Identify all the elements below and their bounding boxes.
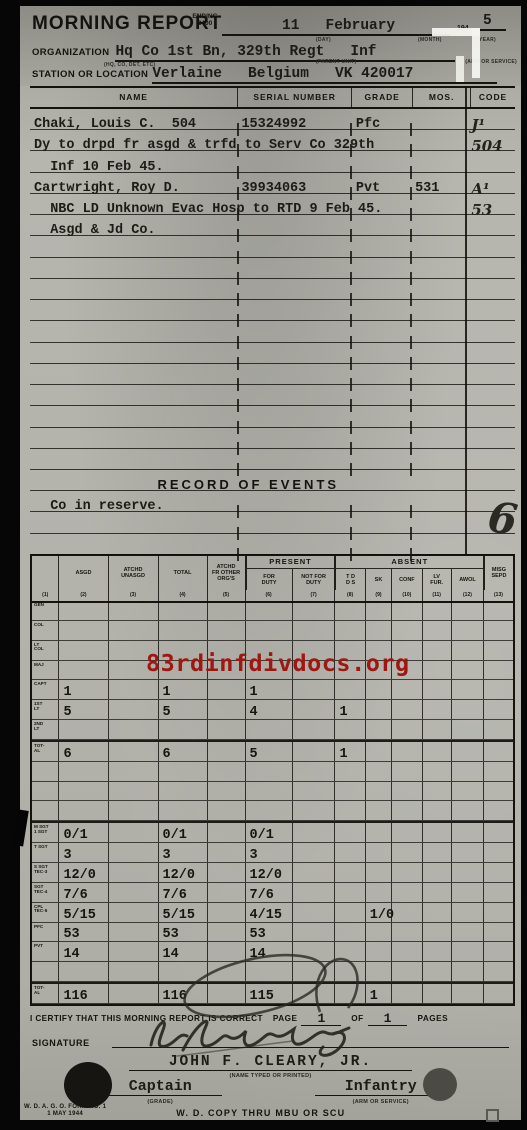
grade-label-cell: PVT — [32, 942, 58, 961]
roster-row — [30, 512, 515, 533]
value-cell — [451, 843, 483, 862]
value-cell — [365, 601, 391, 620]
value-cell — [391, 923, 421, 942]
value-cell — [451, 962, 483, 981]
strength-value: 14 — [250, 947, 266, 962]
officer-grade: Captain — [99, 1076, 222, 1096]
value-cell — [365, 742, 391, 761]
strength-value: 3 — [63, 848, 71, 863]
value-cell — [207, 700, 245, 719]
value-cell — [158, 801, 207, 820]
value-cell — [245, 801, 292, 820]
grade-label-cell: M SGT 1 SGT — [32, 823, 58, 842]
value-cell — [334, 984, 364, 1003]
value-cell — [334, 601, 364, 620]
value-cell — [108, 883, 158, 902]
value-cell — [334, 942, 364, 961]
value-cell — [391, 883, 421, 902]
value-cell — [207, 762, 245, 781]
value-cell — [292, 621, 335, 640]
value-cell — [292, 984, 335, 1003]
value-cell — [334, 782, 364, 801]
value-cell — [422, 801, 451, 820]
mos-cell: 531 — [415, 181, 439, 196]
value-cell — [334, 621, 364, 640]
value-cell — [292, 700, 335, 719]
grade-label-cell: CAPT — [32, 680, 58, 699]
value-cell — [207, 903, 245, 922]
strength-value: 4/15 — [250, 908, 282, 923]
value-cell — [365, 782, 391, 801]
value-cell — [451, 984, 483, 1003]
strength-table: ASGD ATCHD UNASGD TOTAL ATCHD FR OTHER O… — [30, 554, 515, 1006]
strength-value: 12/0 — [250, 868, 282, 883]
value-cell — [422, 962, 451, 981]
station-value: Verlaine Belgium VK 420017 — [152, 66, 497, 84]
signature-line — [112, 1047, 509, 1048]
value-cell — [292, 641, 335, 660]
grade-label-cell: CPL TEC-5 — [32, 903, 58, 922]
strength-row: 1ST LT5541 — [32, 700, 513, 720]
value-cell — [451, 742, 483, 761]
strength-value: 5 — [163, 705, 171, 720]
value-cell: 5/15 — [158, 903, 207, 922]
value-cell — [292, 742, 335, 761]
strength-value: 5/15 — [163, 908, 195, 923]
value-cell — [451, 700, 483, 719]
col7-number: (7) — [292, 590, 335, 601]
strength-row: 2ND LT — [32, 720, 513, 740]
value-cell — [483, 962, 513, 981]
strength-value: 14 — [163, 947, 179, 962]
value-cell — [207, 641, 245, 660]
value-cell — [207, 801, 245, 820]
value-cell — [207, 863, 245, 882]
value-cell — [334, 661, 364, 680]
value-cell — [391, 720, 421, 739]
strength-row — [32, 762, 513, 782]
value-cell — [451, 621, 483, 640]
strength-value: 5 — [250, 747, 258, 762]
column-header-mos: MOS. — [412, 88, 470, 107]
value-cell — [108, 984, 158, 1003]
form-header: MORNING REPORT ENDING2400 11 February 19… — [20, 6, 521, 86]
value-cell — [108, 903, 158, 922]
organization-row: ORGANIZATIONHq Co 1st Bn, 329th Regt Inf — [32, 42, 455, 62]
grade-label-cell: S SGT TEC-3 — [32, 863, 58, 882]
crop-mark-vertical — [472, 28, 480, 78]
strength-row: COL — [32, 621, 513, 641]
strength-row: PVT141414 — [32, 942, 513, 962]
value-cell — [422, 680, 451, 699]
value-cell — [207, 621, 245, 640]
value-cell — [391, 843, 421, 862]
value-cell — [292, 923, 335, 942]
roster-row — [30, 236, 515, 257]
value-cell — [158, 762, 207, 781]
value-cell — [451, 641, 483, 660]
value-cell: 5 — [245, 742, 292, 761]
organization-value: Hq Co 1st Bn, 329th Regt Inf — [115, 44, 455, 62]
certification-row: I CERTIFY THAT THIS MORNING REPORT IS CO… — [30, 1006, 511, 1026]
value-cell: 0/1 — [158, 823, 207, 842]
value-cell — [58, 621, 107, 640]
value-cell — [245, 762, 292, 781]
col-lv-fur-header: LV FUR. — [422, 569, 451, 590]
strength-rows: GENCOLLT COLMAJCAPT1111ST LT55412ND LTTO… — [32, 601, 513, 1004]
value-cell — [365, 863, 391, 882]
col11-number: (11) — [422, 590, 451, 601]
value-cell — [391, 762, 421, 781]
strength-row: LT COL — [32, 641, 513, 661]
strength-row — [32, 801, 513, 821]
value-cell: 14 — [158, 942, 207, 961]
value-cell — [365, 641, 391, 660]
record-of-events-title-row: RECORD OF EVENTS — [30, 470, 515, 491]
value-cell — [422, 641, 451, 660]
col-not-for-duty-header: NOT FOR DUTY — [292, 569, 335, 590]
value-cell — [365, 680, 391, 699]
roster-row — [30, 449, 515, 470]
code-cell: J¹ — [471, 116, 485, 134]
strength-value: 115 — [250, 989, 274, 1004]
page-number: 1 — [301, 1012, 341, 1026]
strength-row: GEN — [32, 601, 513, 621]
value-cell: 115 — [245, 984, 292, 1003]
value-cell — [391, 641, 421, 660]
value-cell — [365, 801, 391, 820]
value-cell: 3 — [58, 843, 107, 862]
col9-number: (9) — [365, 590, 391, 601]
roster-row — [30, 385, 515, 406]
value-cell: 0/1 — [245, 823, 292, 842]
strength-value: 53 — [163, 927, 179, 942]
serial-cell: 39934063 — [241, 181, 306, 196]
value-cell: 7/6 — [158, 883, 207, 902]
roster-row — [30, 321, 515, 342]
value-cell — [451, 601, 483, 620]
name-cell: Cartwright, Roy D. — [34, 181, 180, 196]
value-cell — [422, 621, 451, 640]
value-cell — [292, 883, 335, 902]
roster-header-row: NAME SERIAL NUMBER GRADE MOS. CODE — [30, 86, 515, 109]
col-tdds-header: T D D S — [334, 569, 364, 590]
value-cell — [58, 601, 107, 620]
value-cell: 53 — [245, 923, 292, 942]
name-cell: NBC LD Unknown Evac Hosp to RTD 9 Feb 45… — [34, 202, 382, 217]
grade-cell: Pvt — [356, 181, 380, 196]
value-cell — [391, 823, 421, 842]
value-cell — [451, 863, 483, 882]
col-total-header: TOTAL — [158, 556, 207, 590]
value-cell — [422, 762, 451, 781]
strength-value: 14 — [63, 947, 79, 962]
strength-row: PFC535353 — [32, 923, 513, 943]
name-cell: Inf 10 Feb 45. — [34, 160, 164, 175]
value-cell — [365, 621, 391, 640]
value-cell: 1 — [158, 680, 207, 699]
value-cell — [483, 801, 513, 820]
value-cell — [108, 621, 158, 640]
strength-value: 6 — [163, 747, 171, 762]
value-cell — [451, 823, 483, 842]
strength-row: TOT- AL1161161151 — [32, 982, 513, 1004]
value-cell — [483, 984, 513, 1003]
col1-number: (1) — [32, 590, 58, 601]
station-label: STATION OR LOCATION — [32, 69, 148, 80]
record-of-events-title: RECORD OF EVENTS — [30, 477, 467, 492]
strength-value: 1 — [370, 989, 378, 1004]
value-cell — [334, 720, 364, 739]
strength-value: 5 — [63, 705, 71, 720]
value-cell: 53 — [58, 923, 107, 942]
col5-number: (5) — [207, 590, 245, 601]
col4-number: (4) — [158, 590, 207, 601]
form-footer: W. D. A. G. O. FORM NO. 1 1 MAY 1944 W. … — [24, 1104, 517, 1118]
value-cell: 4 — [245, 700, 292, 719]
code-column-rule — [465, 86, 467, 554]
value-cell: 116 — [58, 984, 107, 1003]
value-cell — [391, 601, 421, 620]
value-cell — [108, 680, 158, 699]
col-atchd-unasgd-header: ATCHD UNASGD — [108, 556, 158, 590]
strength-value: 12/0 — [63, 868, 95, 883]
name-cell: Asgd & Jd Co. — [34, 223, 156, 238]
roster-row — [30, 343, 515, 364]
value-cell — [207, 601, 245, 620]
value-cell: 0/1 — [58, 823, 107, 842]
value-cell — [158, 962, 207, 981]
col3-number: (3) — [108, 590, 158, 601]
value-cell — [207, 782, 245, 801]
value-cell — [245, 962, 292, 981]
roster-row: Asgd & Jd Co. — [30, 215, 515, 236]
value-cell: 1 — [365, 984, 391, 1003]
name-cell: Chaki, Louis C. 504 — [34, 117, 196, 132]
punch-hole-right — [423, 1068, 457, 1101]
value-cell: 5 — [58, 700, 107, 719]
value-cell — [58, 720, 107, 739]
grade-label-cell: LT COL — [32, 641, 58, 660]
ending-2400-label: ENDING2400 — [192, 14, 218, 27]
value-cell — [451, 801, 483, 820]
date-value: 11 February — [282, 18, 395, 34]
strength-row — [32, 962, 513, 982]
name-cell: Dy to drpd fr asgd & trfd to Serv Co 329… — [34, 138, 374, 153]
arm-column: Infantry (ARM OR SERVICE) — [271, 1076, 492, 1102]
roster-row: Dy to drpd fr asgd & trfd to Serv Co 329… — [30, 130, 515, 151]
value-cell — [451, 923, 483, 942]
value-cell: 1 — [58, 680, 107, 699]
value-cell — [422, 661, 451, 680]
roster-row — [30, 428, 515, 449]
roster-row — [30, 300, 515, 321]
value-cell — [207, 680, 245, 699]
value-cell: 53 — [158, 923, 207, 942]
strength-value: 4 — [250, 705, 258, 720]
column-tick — [410, 548, 412, 561]
strength-value: 116 — [163, 989, 187, 1004]
value-cell — [483, 742, 513, 761]
value-cell — [158, 661, 207, 680]
value-cell — [108, 700, 158, 719]
value-cell — [58, 782, 107, 801]
strength-row: S SGT TEC-312/012/012/0 — [32, 863, 513, 883]
value-cell — [158, 641, 207, 660]
value-cell — [365, 700, 391, 719]
value-cell — [483, 942, 513, 961]
col-sk-header: SK — [365, 569, 391, 590]
strength-value: 53 — [250, 927, 266, 942]
value-cell — [483, 883, 513, 902]
strength-value: 1/0 — [370, 908, 394, 923]
strength-value: 1 — [339, 705, 347, 720]
value-cell: 5 — [158, 700, 207, 719]
roster-row — [30, 258, 515, 279]
col-for-duty-header: FOR DUTY — [245, 569, 292, 590]
value-cell: 5/15 — [58, 903, 107, 922]
strength-value: 0/1 — [163, 828, 187, 843]
signature-label: SIGNATURE — [32, 1038, 90, 1048]
arm-sub-label: (ARM OR SERVICE) — [271, 1099, 492, 1105]
value-cell — [483, 823, 513, 842]
value-cell — [483, 782, 513, 801]
value-cell — [451, 782, 483, 801]
value-cell — [391, 700, 421, 719]
value-cell — [365, 843, 391, 862]
value-cell: 6 — [158, 742, 207, 761]
strength-value: 0/1 — [63, 828, 87, 843]
value-cell — [245, 641, 292, 660]
column-tick — [237, 548, 239, 561]
grade-label-cell — [32, 782, 58, 801]
value-cell: 14 — [245, 942, 292, 961]
roster-row: Chaki, Louis C. 50415324992PfcJ¹ — [30, 109, 515, 130]
col13-number: (13) — [483, 590, 513, 601]
value-cell — [483, 843, 513, 862]
value-cell — [422, 742, 451, 761]
column-tick — [350, 548, 352, 561]
value-cell — [292, 680, 335, 699]
value-cell — [207, 720, 245, 739]
value-cell — [483, 923, 513, 942]
column-header-code: CODE — [470, 88, 515, 107]
value-cell — [292, 942, 335, 961]
value-cell — [391, 984, 421, 1003]
grade-label-cell: TOT- AL — [32, 984, 58, 1003]
pages-number: 1 — [368, 1012, 408, 1026]
value-cell — [451, 661, 483, 680]
value-cell: 4/15 — [245, 903, 292, 922]
value-cell — [108, 942, 158, 961]
value-cell — [391, 621, 421, 640]
column-header-name: NAME — [30, 88, 237, 107]
col2-number: (2) — [58, 590, 107, 601]
value-cell — [108, 801, 158, 820]
value-cell — [391, 801, 421, 820]
value-cell — [58, 641, 107, 660]
punch-hole-left — [64, 1062, 112, 1108]
strength-value: 7/6 — [63, 888, 87, 903]
value-cell — [292, 661, 335, 680]
roster-row: NBC LD Unknown Evac Hosp to RTD 9 Feb 45… — [30, 194, 515, 215]
value-cell — [451, 903, 483, 922]
value-cell — [334, 903, 364, 922]
value-cell — [158, 720, 207, 739]
strength-value: 7/6 — [250, 888, 274, 903]
value-cell — [108, 641, 158, 660]
value-cell: 14 — [58, 942, 107, 961]
footer-copy-text: W. D. COPY THRU MBU OR SCU — [176, 1108, 345, 1118]
value-cell — [451, 762, 483, 781]
col12-number: (12) — [451, 590, 483, 601]
value-cell — [245, 621, 292, 640]
strength-value: 0/1 — [250, 828, 274, 843]
value-cell — [365, 962, 391, 981]
value-cell — [292, 823, 335, 842]
strength-value: 116 — [63, 989, 87, 1004]
value-cell — [292, 863, 335, 882]
value-cell — [58, 762, 107, 781]
grade-cell: Pfc — [356, 117, 380, 132]
value-cell — [422, 782, 451, 801]
grade-label-cell — [32, 762, 58, 781]
value-cell — [245, 782, 292, 801]
value-cell: 1 — [334, 742, 364, 761]
value-cell — [292, 762, 335, 781]
strength-header: ASGD ATCHD UNASGD TOTAL ATCHD FR OTHER O… — [32, 556, 513, 603]
value-cell — [334, 863, 364, 882]
value-cell — [483, 863, 513, 882]
strength-row: SGT TEC-47/67/67/6 — [32, 883, 513, 903]
strength-row: CPL TEC-55/155/154/151/0 — [32, 903, 513, 923]
organization-label: ORGANIZATION — [32, 47, 109, 58]
form-number-line2: 1 MAY 1944 — [24, 1111, 106, 1118]
value-cell — [334, 923, 364, 942]
value-cell: 6 — [58, 742, 107, 761]
value-cell: 7/6 — [58, 883, 107, 902]
value-cell — [483, 641, 513, 660]
strength-value: 1 — [63, 685, 71, 700]
col-awol-header: AWOL — [451, 569, 483, 590]
value-cell — [334, 843, 364, 862]
code-cell: A¹ — [471, 180, 489, 198]
col-atchd-fr-other-header: ATCHD FR OTHER ORG'S — [207, 556, 245, 590]
grade-label-cell: MAJ — [32, 661, 58, 680]
value-cell: 1 — [245, 680, 292, 699]
name-cell: Co in reserve. — [34, 499, 164, 514]
grade-label-cell — [32, 801, 58, 820]
value-cell: 12/0 — [58, 863, 107, 882]
col-asgd-header: ASGD — [58, 556, 107, 590]
value-cell — [245, 720, 292, 739]
value-cell — [422, 883, 451, 902]
value-cell — [365, 720, 391, 739]
value-cell — [391, 680, 421, 699]
value-cell: 116 — [158, 984, 207, 1003]
value-cell — [292, 782, 335, 801]
officer-name: JOHN F. CLEARY, JR. — [129, 1052, 412, 1071]
value-cell — [451, 942, 483, 961]
grade-label-cell: 2ND LT — [32, 720, 58, 739]
value-cell — [451, 720, 483, 739]
value-cell — [483, 661, 513, 680]
value-cell — [391, 863, 421, 882]
absent-group-header: ABSENT — [334, 556, 483, 569]
ending-time: 2400 — [198, 20, 212, 27]
value-cell — [391, 903, 421, 922]
value-cell — [483, 720, 513, 739]
